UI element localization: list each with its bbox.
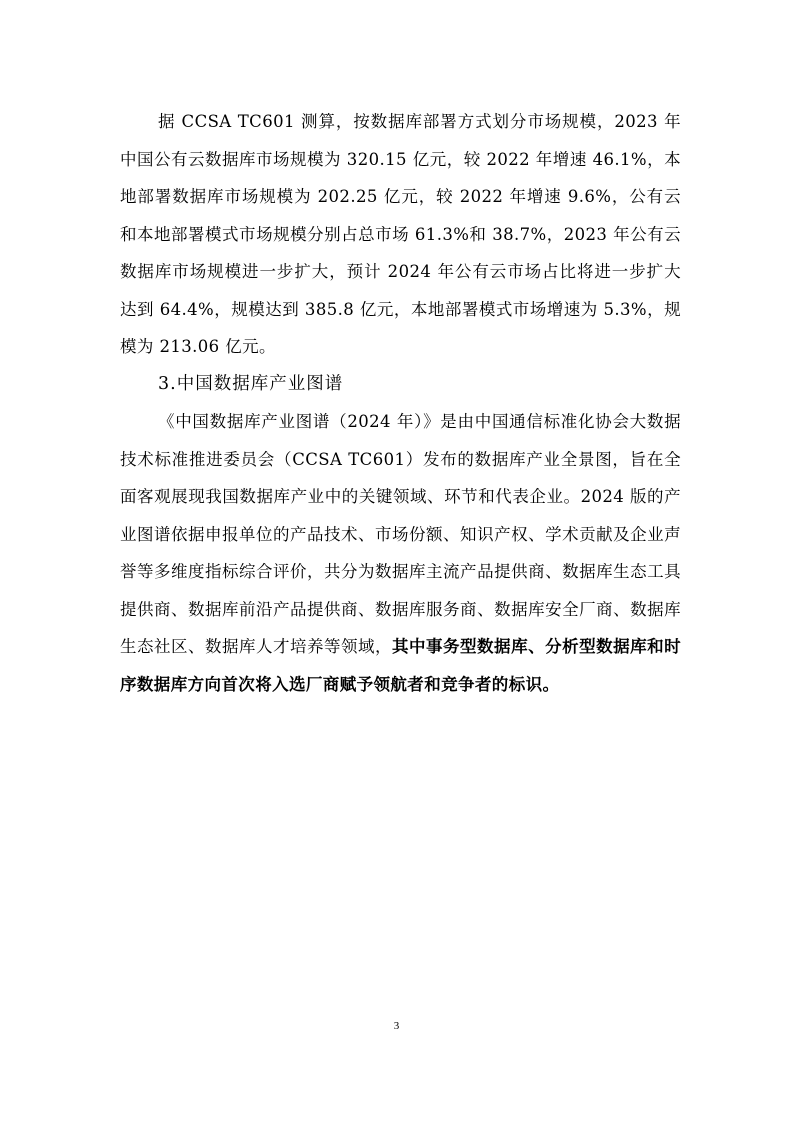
page-number: 3 [0, 1020, 793, 1032]
paragraph-industry-map: 《中国数据库产业图谱（2024 年）》是由中国通信标准化协会大数据技术标准推进委… [120, 403, 681, 703]
paragraph-market-size: 据 CCSA TC601 测算，按数据库部署方式划分市场规模，2023 年中国公… [120, 103, 681, 366]
paragraph-text: 《中国数据库产业图谱（2024 年）》是由中国通信标准化协会大数据技术标准推进委… [120, 412, 681, 656]
section-heading: 3.中国数据库产业图谱 [120, 366, 681, 404]
document-body: 据 CCSA TC601 测算，按数据库部署方式划分市场规模，2023 年中国公… [120, 103, 681, 703]
